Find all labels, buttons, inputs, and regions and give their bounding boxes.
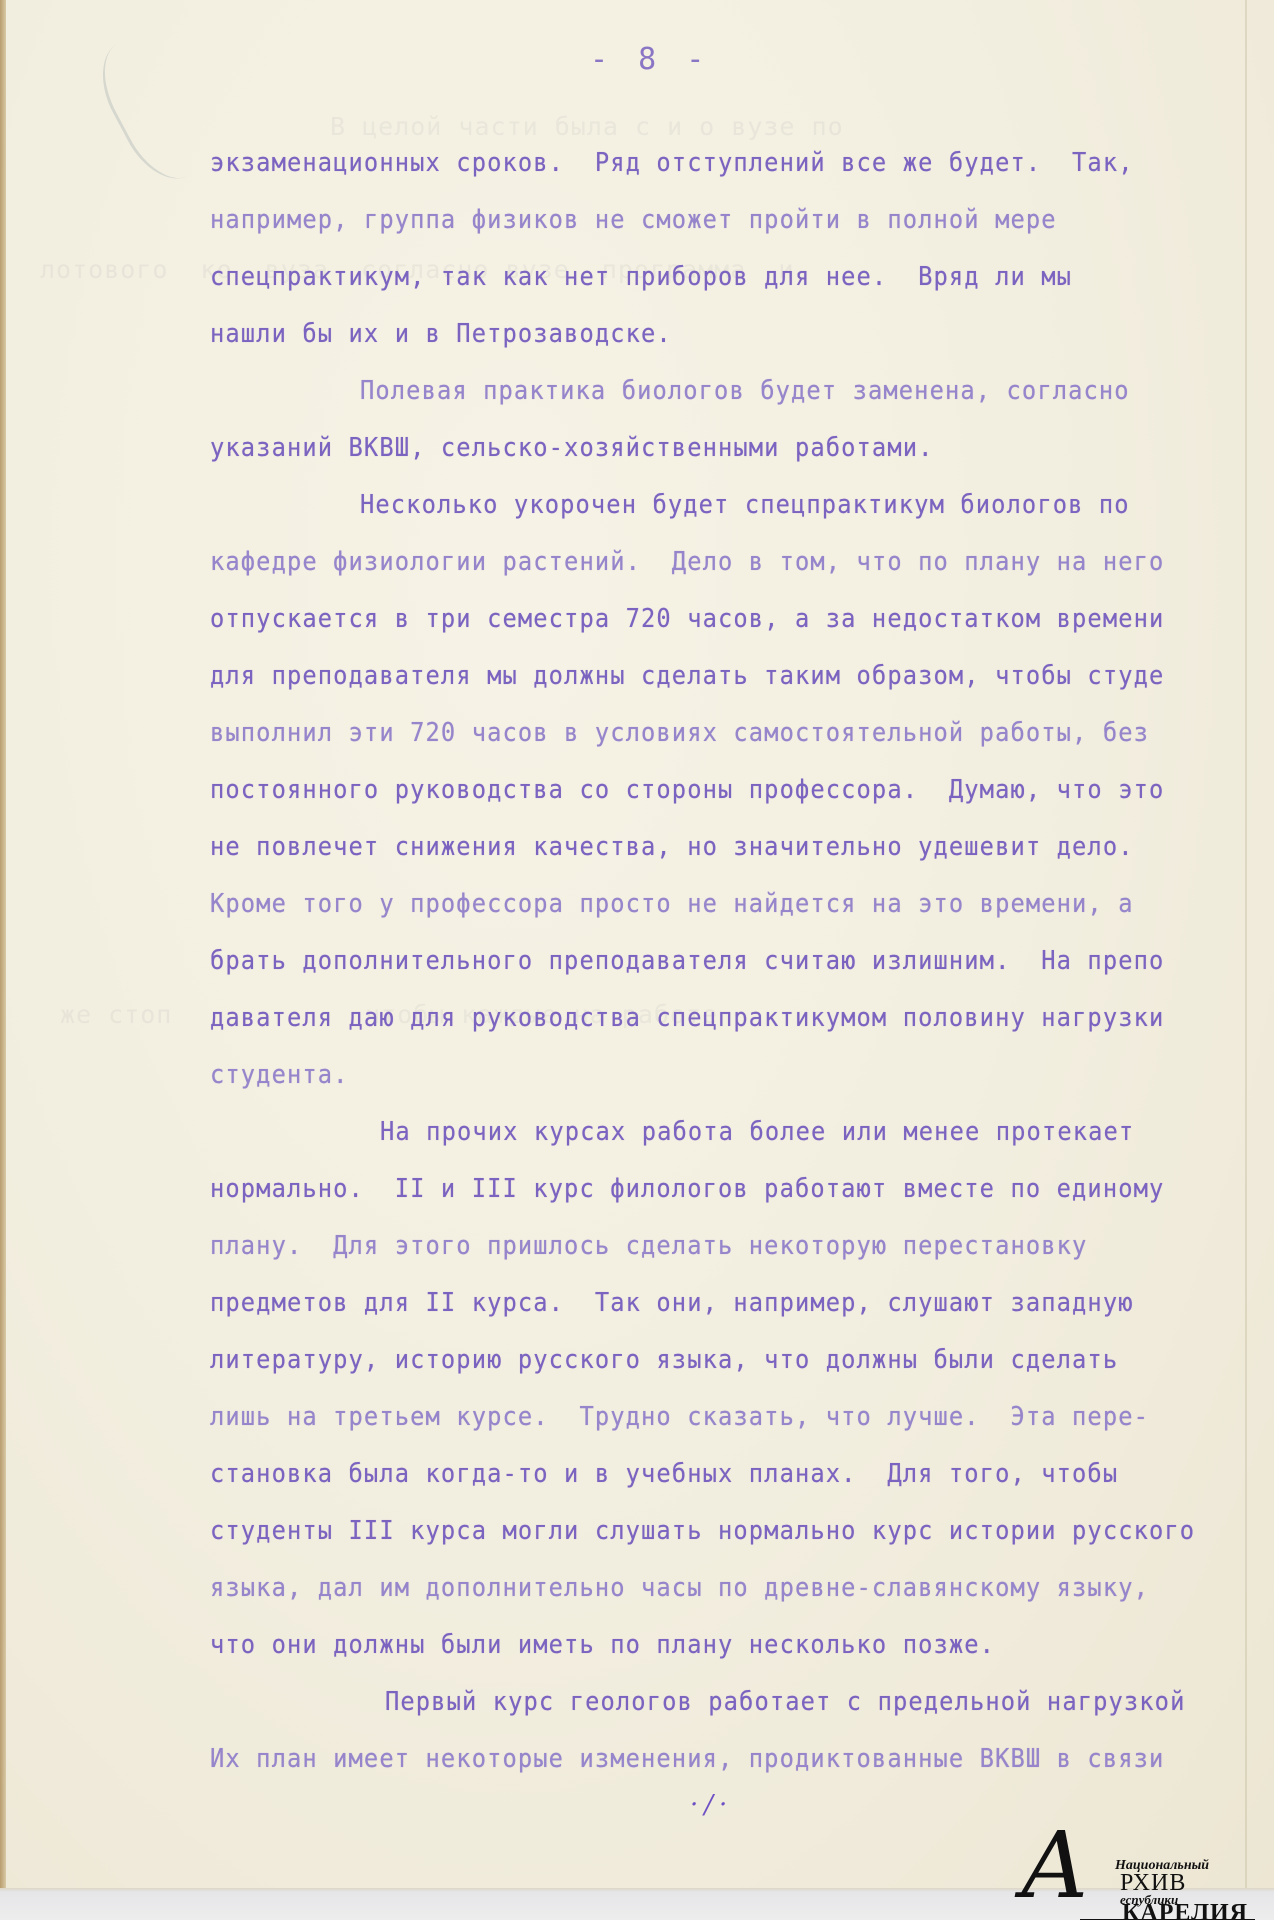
text-line: Полевая практика биологов будет заменена… xyxy=(360,376,1130,406)
text-line: нашли бы их и в Петрозаводске. xyxy=(210,319,672,349)
text-line: для преподавателя мы должны сделать таки… xyxy=(210,661,1164,691)
logo-line-karelia: КАРЕЛИЯ xyxy=(1122,1900,1248,1920)
archive-logo: А Национальный РХИВ еспублики КАРЕЛИЯ xyxy=(1010,1820,1274,1920)
text-line: Кроме того у профессора просто не найдет… xyxy=(210,889,1134,919)
text-line: Их план имеет некоторые изменения, проди… xyxy=(210,1744,1164,1774)
text-line: На прочих курсах работа более или менее … xyxy=(380,1117,1134,1147)
text-line: нормально. II и III курс филологов работ… xyxy=(210,1174,1164,1204)
handwritten-folio-mark: ·/· xyxy=(690,1790,733,1820)
text-line: кафедре физиологии растений. Дело в том,… xyxy=(210,547,1164,577)
text-line: языка, дал им дополнительно часы по древ… xyxy=(210,1573,1149,1603)
text-line: отпускается в три семестра 720 часов, а … xyxy=(210,604,1164,634)
text-line: спецпрактикум, так как нет приборов для … xyxy=(210,262,1072,292)
text-line: указаний ВКВШ, сельско-хозяйственными ра… xyxy=(210,433,934,463)
text-line: выполнил эти 720 часов в условиях самост… xyxy=(210,718,1149,748)
text-line: лишь на третьем курсе. Трудно сказать, ч… xyxy=(210,1402,1149,1432)
bleed-through-text: В целой части была с и о вузе по xyxy=(330,112,844,141)
text-line: предметов для II курса. Так они, наприме… xyxy=(210,1288,1134,1318)
paper-left-edge xyxy=(0,0,6,1890)
text-line: брать дополнительного преподавателя счит… xyxy=(210,946,1164,976)
text-line: литературу, историю русского языка, что … xyxy=(210,1345,1118,1375)
page-number: - 8 - xyxy=(590,42,710,77)
text-line: плану. Для этого пришлось сделать некото… xyxy=(210,1231,1087,1261)
text-line: студента. xyxy=(210,1060,349,1090)
text-line: постоянного руководства со стороны профе… xyxy=(210,775,1164,805)
text-line: Несколько укорочен будет спецпрактикум б… xyxy=(360,490,1130,520)
text-line: экзаменационных сроков. Ряд отступлений … xyxy=(210,148,1134,178)
document-page: В целой части была с и о вузе по лотовог… xyxy=(0,0,1274,1890)
logo-initial: А xyxy=(1020,1820,1090,1912)
text-line: студенты III курса могли слушать нормаль… xyxy=(210,1516,1195,1546)
text-line: давателя даю для руководства спецпрактик… xyxy=(210,1003,1164,1033)
paper-fold-line xyxy=(1245,0,1247,1890)
text-line: становка была когда-то и в учебных плана… xyxy=(210,1459,1118,1489)
text-line: Первый курс геологов работает с предельн… xyxy=(385,1687,1185,1717)
text-line: например, группа физиков не сможет пройт… xyxy=(210,205,1057,235)
text-line: что они должны были иметь по плану неско… xyxy=(210,1630,995,1660)
text-line: не повлечет снижения качества, но значит… xyxy=(210,832,1134,862)
